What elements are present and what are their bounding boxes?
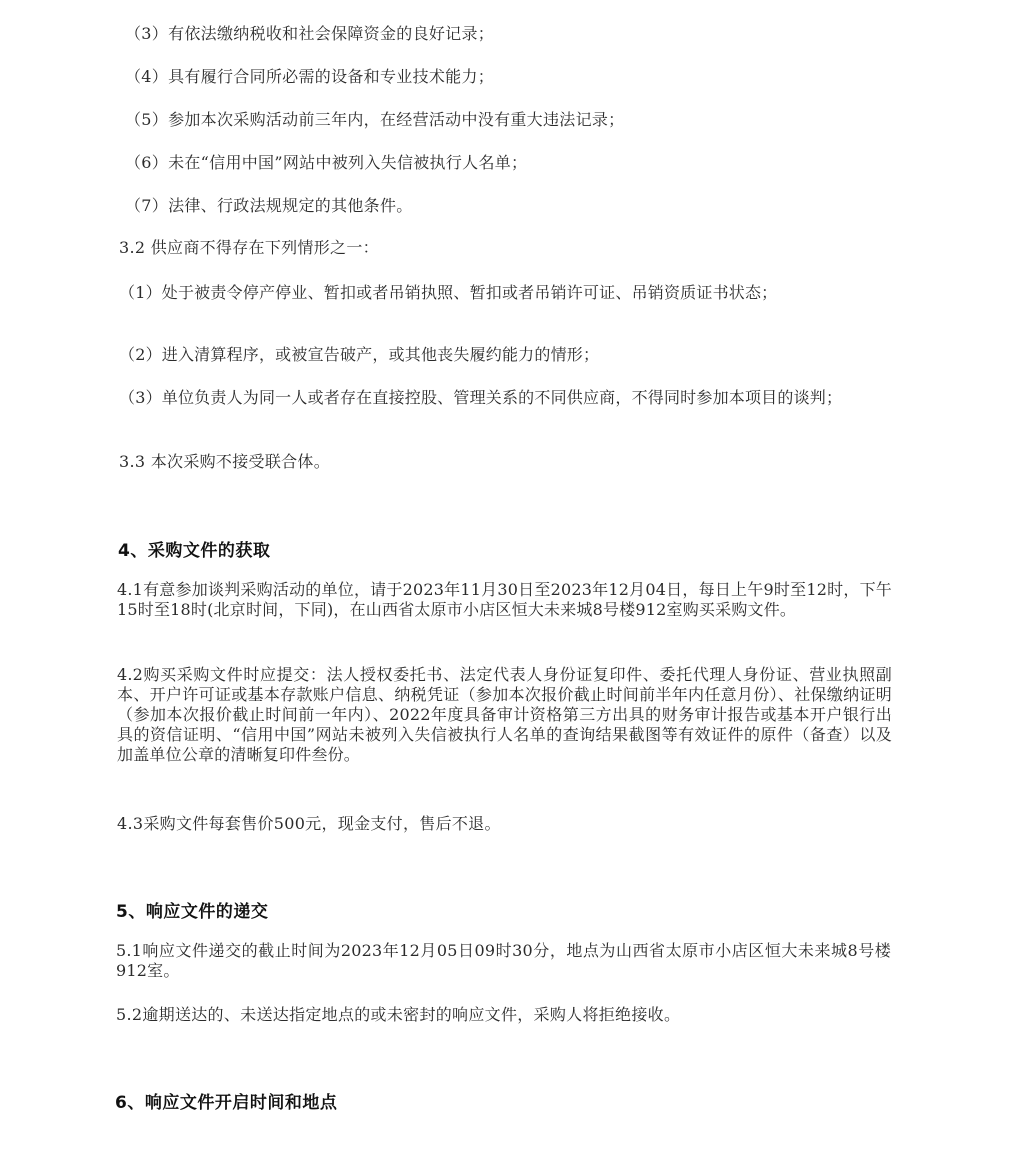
exclusion-item-1: （1）处于被责令停产停业、暂扣或者吊销执照、暂扣或者吊销许可证、吊销资质证书状态…: [119, 283, 894, 303]
clause-5-2: 5.2逾期送达的、未送达指定地点的或未密封的响应文件，采购人将拒绝接收。: [116, 1005, 680, 1025]
clause-4-3: 4.3采购文件每套售价500元，现金支付，售后不退。: [117, 814, 501, 834]
clause-5-1: 5.1响应文件递交的截止时间为2023年12月05日09时30分，地点为山西省太…: [116, 941, 891, 981]
section-4-heading: 4、采购文件的获取: [118, 536, 270, 561]
clause-3-2: 3.2 供应商不得存在下列情形之一：: [119, 238, 379, 258]
requirement-item-5: （5）参加本次采购活动前三年内，在经营活动中没有重大违法记录；: [125, 110, 624, 130]
exclusion-item-2: （2）进入清算程序，或被宣告破产，或其他丧失履约能力的情形；: [119, 345, 894, 365]
requirement-item-4: （4）具有履行合同所必需的设备和专业技术能力；: [125, 67, 494, 87]
clause-3-3: 3.3 本次采购不接受联合体。: [119, 452, 330, 472]
requirement-item-7: （7）法律、行政法规规定的其他条件。: [125, 196, 413, 216]
section-6-heading: 6、响应文件开启时间和地点: [115, 1088, 337, 1113]
clause-4-2: 4.2购买采购文件时应提交：法人授权委托书、法定代表人身份证复印件、委托代理人身…: [117, 665, 892, 765]
exclusion-item-3: （3）单位负责人为同一人或者存在直接控股、管理关系的不同供应商，不得同时参加本项…: [119, 388, 894, 408]
requirement-item-3: （3）有依法缴纳税收和社会保障资金的良好记录；: [125, 24, 494, 44]
section-5-heading: 5、响应文件的递交: [116, 897, 268, 922]
requirement-item-6: （6）未在“信用中国”网站中被列入失信被执行人名单；: [125, 153, 527, 173]
clause-4-1: 4.1有意参加谈判采购活动的单位，请于2023年11月30日至2023年12月0…: [117, 580, 892, 620]
